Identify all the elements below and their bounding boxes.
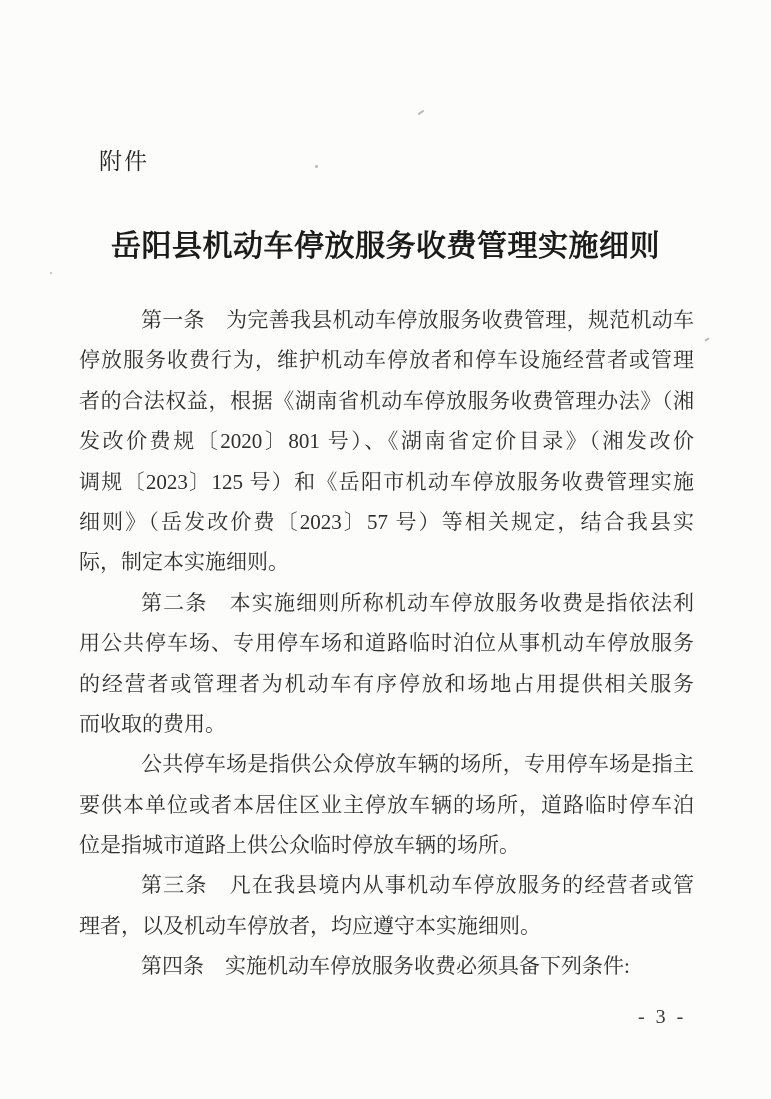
page-number: - 3 - [638, 1006, 686, 1029]
body-line: 位是指城市道路上供公众临时停放车辆的场所。 [79, 825, 694, 865]
scan-speck [315, 165, 318, 168]
scan-speck [418, 110, 425, 116]
document-body: 第一条 为完善我县机动车停放服务收费管理，规范机动车 停放服务收费行为，维护机动… [79, 300, 694, 987]
body-line: 而收取的费用。 [79, 704, 694, 744]
body-line: 第二条 本实施细则所称机动车停放服务收费是指依法利 [79, 583, 694, 623]
body-line: 第三条 凡在我县境内从事机动车停放服务的经营者或管 [79, 865, 694, 905]
body-line: 者的合法权益，根据《湖南省机动车停放服务收费管理办法》（湘 [79, 381, 694, 421]
body-line: 第四条 实施机动车停放服务收费必须具备下列条件: [79, 946, 694, 986]
scanned-document-page: 附件 岳阳县机动车停放服务收费管理实施细则 第一条 为完善我县机动车停放服务收费… [0, 0, 771, 1099]
body-line: 细则》（岳发改价费〔2023〕57 号）等相关规定，结合我县实 [79, 502, 694, 542]
attachment-label: 附件 [99, 143, 149, 176]
body-line: 理者，以及机动车停放者，均应遵守本实施细则。 [79, 906, 694, 946]
body-line: 第一条 为完善我县机动车停放服务收费管理，规范机动车 [79, 300, 694, 340]
body-line: 的经营者或管理者为机动车有序停放和场地占用提供相关服务 [79, 664, 694, 704]
scan-speck [704, 337, 709, 342]
body-line: 停放服务收费行为，维护机动车停放者和停车设施经营者或管理 [79, 340, 694, 380]
body-line: 发改价费规〔2020〕801 号）、《湖南省定价目录》（湘发改价 [79, 421, 694, 461]
body-line: 际，制定本实施细则。 [79, 542, 694, 582]
document-title: 岳阳县机动车停放服务收费管理实施细则 [0, 221, 771, 265]
body-line: 调规〔2023〕125 号）和《岳阳市机动车停放服务收费管理实施 [79, 462, 694, 502]
body-line: 要供本单位或者本居住区业主停放车辆的场所，道路临时停车泊 [79, 785, 694, 825]
body-line: 用公共停车场、专用停车场和道路临时泊位从事机动车停放服务 [79, 623, 694, 663]
scan-speck [50, 272, 52, 274]
body-line: 公共停车场是指供公众停放车辆的场所，专用停车场是指主 [79, 744, 694, 784]
